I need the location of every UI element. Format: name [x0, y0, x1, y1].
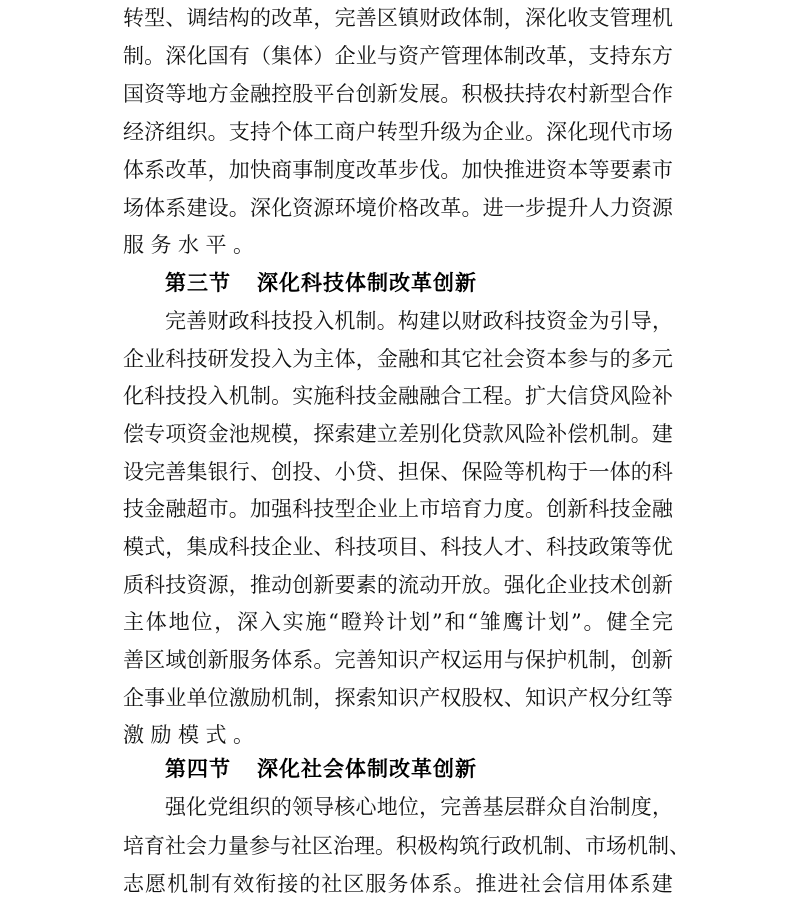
body-text-line: 技金融超市。加强科技型企业上市培育力度。创新科技金融: [123, 497, 673, 521]
body-text-line: 善区域创新服务体系。完善知识产权运用与保护机制，创新: [123, 648, 673, 672]
body-text-line: 体系改革，加快商事制度改革步伐。加快推进资本等要素市: [123, 158, 673, 182]
body-text-line: 主体地位，深入实施“瞪羚计划”和“雏鹰计划”。健全完: [123, 610, 673, 634]
body-text-line: 场体系建设。深化资源环境价格改革。进一步提升人力资源: [123, 196, 673, 220]
section-number: 第三节: [165, 271, 231, 295]
body-text-line: 设完善集银行、创投、小贷、担保、保险等机构于一体的科: [123, 460, 673, 484]
body-text-line: 培育社会力量参与社区治理。积极构筑行政机制、市场机制、: [123, 834, 673, 858]
body-text-line: 制。深化国有（集体）企业与资产管理体制改革，支持东方: [123, 44, 673, 68]
section-number: 第四节: [165, 757, 231, 781]
body-text-line: 激励模式。: [123, 723, 261, 747]
paragraph-first-line: 强化党组织的领导核心地位，完善基层群众自治制度，: [165, 795, 673, 819]
body-text-line: 服务水平。: [123, 233, 261, 257]
body-text-line: 经济组织。支持个体工商户转型升级为企业。深化现代市场: [123, 120, 673, 144]
section-title: 深化社会体制改革创新: [257, 757, 477, 781]
section-title: 深化科技体制改革创新: [257, 271, 477, 295]
body-text-line: 化科技投入机制。实施科技金融融合工程。扩大信贷风险补: [123, 384, 673, 408]
section-heading-4: 第四节深化社会体制改革创新: [165, 757, 477, 781]
body-text-line: 偿专项资金池规模，探索建立差别化贷款风险补偿机制。建: [123, 422, 673, 446]
section-heading-3: 第三节深化科技体制改革创新: [165, 271, 477, 295]
paragraph-first-line: 完善财政科技投入机制。构建以财政科技资金为引导，: [165, 309, 673, 333]
body-text-line: 质科技资源，推动创新要素的流动开放。强化企业技术创新: [123, 573, 673, 597]
body-text-line: 国资等地方金融控股平台创新发展。积极扶持农村新型合作: [123, 82, 673, 106]
body-text-line: 企事业单位激励机制，探索知识产权股权、知识产权分红等: [123, 686, 673, 710]
body-text-line: 志愿机制有效衔接的社区服务体系。推进社会信用体系建: [123, 872, 673, 896]
body-text-line: 企业科技研发投入为主体，金融和其它社会资本参与的多元: [123, 347, 673, 371]
body-text-line: 转型、调结构的改革，完善区镇财政体制，深化收支管理机: [123, 6, 673, 30]
body-text-line: 模式，集成科技企业、科技项目、科技人才、科技政策等优: [123, 535, 673, 559]
